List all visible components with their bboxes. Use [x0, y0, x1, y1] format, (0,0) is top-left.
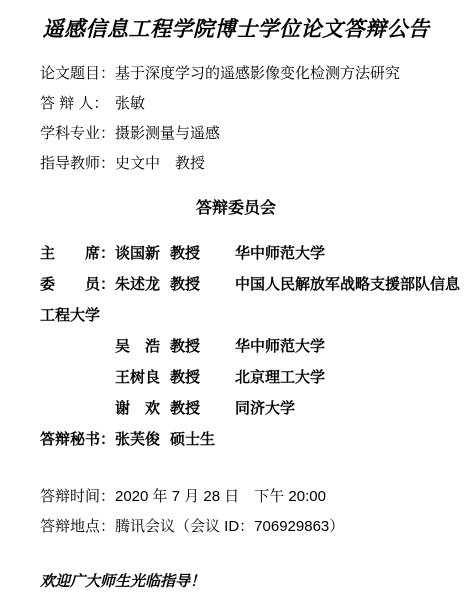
member-name: 谈国新 — [115, 239, 170, 270]
announcement-title: 遥感信息工程学院博士学位论文答辩公告 — [10, 16, 462, 42]
member-role: 主 席： — [40, 239, 115, 270]
committee-row: 主 席：谈国新教授华中师范大学 — [40, 239, 460, 270]
committee-row: 吴 浩教授华中师范大学 — [40, 332, 460, 363]
info-label: 学科专业： — [40, 119, 115, 149]
info-label: 指导教师： — [40, 149, 115, 179]
committee-heading: 答辩委员会 — [0, 199, 472, 219]
schedule-label: 答辩地点： — [40, 512, 115, 542]
major-row: 学科专业：摄影测量与遥感 — [40, 119, 460, 149]
info-label: 答 辩 人： — [40, 89, 115, 119]
member-name: 王树良 — [115, 363, 170, 394]
welcome-note: 欢迎广大师生光临指导！ — [40, 572, 460, 592]
committee-row: 委 员：朱述龙教授中国人民解放军战略支援部队信息工程大学 — [40, 270, 460, 332]
committee-section: 主 席：谈国新教授华中师范大学 委 员：朱述龙教授中国人民解放军战略支援部队信息… — [40, 239, 460, 456]
member-name: 张芙俊 — [115, 425, 170, 456]
member-title: 硕士生 — [170, 425, 235, 456]
committee-row: 王树良教授北京理工大学 — [40, 363, 460, 394]
defense-announcement-document: 遥感信息工程学院博士学位论文答辩公告 论文题目：基于深度学习的遥感影像变化检测方… — [0, 0, 472, 603]
info-value: 摄影测量与遥感 — [115, 125, 220, 142]
member-title: 教授 — [170, 332, 235, 363]
info-value: 张敏 — [115, 95, 145, 112]
committee-row: 谢 欢教授同济大学 — [40, 394, 460, 425]
schedule-section: 答辩时间：2020 年 7 月 28 日 下午 20:00 答辩地点：腾讯会议（… — [40, 482, 460, 542]
member-affiliation: 同济大学 — [235, 401, 295, 417]
member-role: 委 员： — [40, 270, 115, 301]
member-name: 谢 欢 — [115, 394, 170, 425]
defender-row: 答 辩 人：张敏 — [40, 89, 460, 119]
info-value: 基于深度学习的遥感影像变化检测方法研究 — [115, 65, 400, 82]
thesis-info-section: 论文题目：基于深度学习的遥感影像变化检测方法研究 答 辩 人：张敏 学科专业：摄… — [40, 59, 460, 179]
defense-time-row: 答辩时间：2020 年 7 月 28 日 下午 20:00 — [40, 482, 460, 512]
member-title: 教授 — [170, 270, 235, 301]
member-affiliation: 北京理工大学 — [235, 370, 325, 386]
member-title: 教授 — [170, 239, 235, 270]
advisor-row: 指导教师：史文中 教授 — [40, 149, 460, 179]
member-name: 吴 浩 — [115, 332, 170, 363]
member-affiliation: 华中师范大学 — [235, 246, 325, 262]
info-label: 论文题目： — [40, 59, 115, 89]
info-value: 史文中 教授 — [115, 155, 205, 172]
member-role: 答辩秘书： — [40, 425, 115, 456]
member-name: 朱述龙 — [115, 270, 170, 301]
schedule-value: 腾讯会议（会议 ID：706929863） — [115, 518, 344, 535]
thesis-title-row: 论文题目：基于深度学习的遥感影像变化检测方法研究 — [40, 59, 460, 89]
schedule-value: 2020 年 7 月 28 日 下午 20:00 — [115, 488, 326, 505]
member-affiliation: 华中师范大学 — [235, 339, 325, 355]
member-title: 教授 — [170, 363, 235, 394]
committee-row: 答辩秘书：张芙俊硕士生 — [40, 425, 460, 456]
member-title: 教授 — [170, 394, 235, 425]
defense-location-row: 答辩地点：腾讯会议（会议 ID：706929863） — [40, 512, 460, 542]
schedule-label: 答辩时间： — [40, 482, 115, 512]
